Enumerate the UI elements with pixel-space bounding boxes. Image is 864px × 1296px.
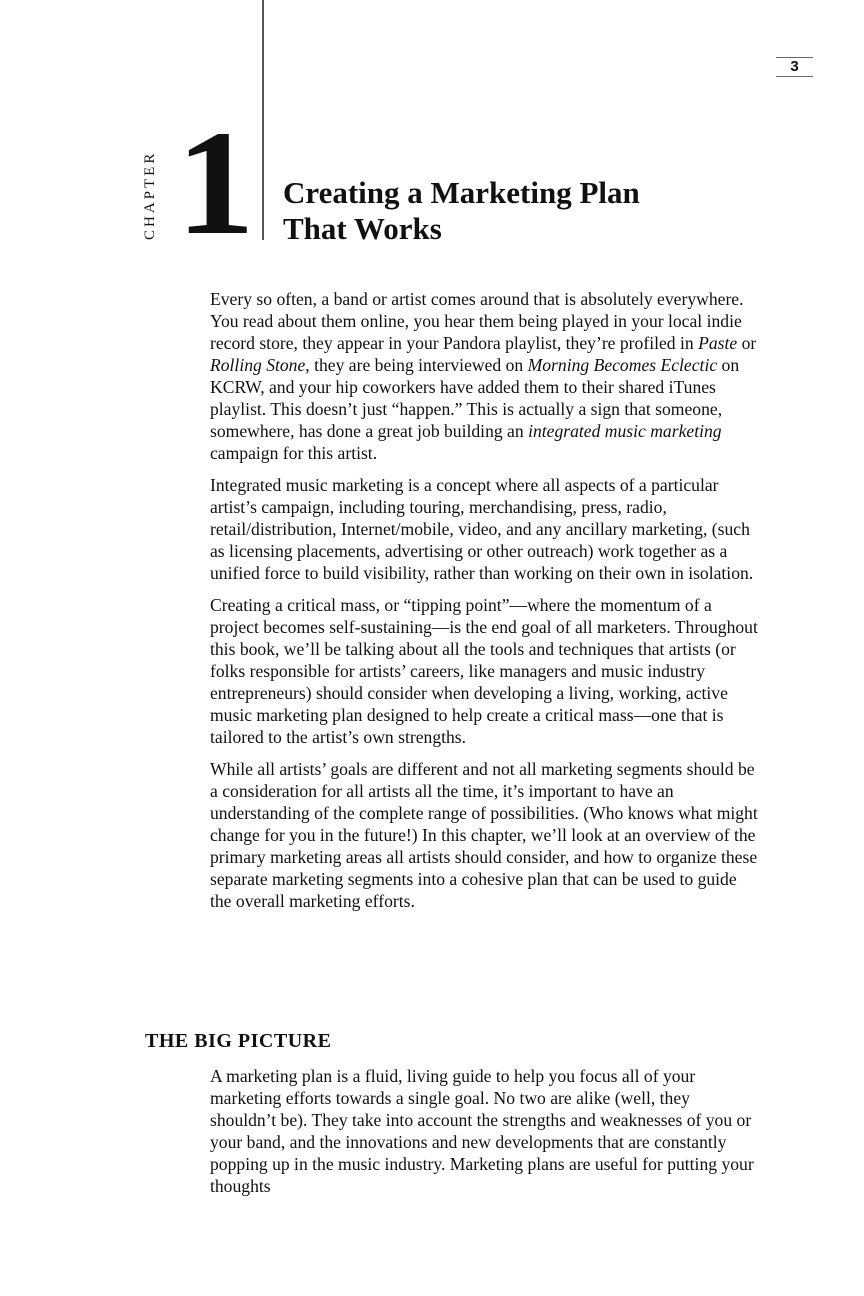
chapter-title: Creating a Marketing Plan That Works — [283, 175, 640, 247]
text: , they are being interviewed on — [305, 355, 527, 375]
section-heading: THE BIG PICTURE — [145, 1030, 331, 1053]
title-line-1: Creating a Marketing Plan — [283, 175, 640, 210]
title-line-2: That Works — [283, 211, 442, 246]
page-number: 3 — [776, 57, 813, 77]
text: Every so often, a band or artist comes a… — [210, 289, 744, 353]
text: or — [737, 333, 756, 353]
italic-text: Paste — [698, 333, 737, 353]
italic-text: Morning Becomes Eclectic — [528, 355, 718, 375]
italic-text: integrated music marketing — [528, 421, 722, 441]
chapter-divider-line — [262, 0, 264, 240]
paragraph-1: Every so often, a band or artist comes a… — [210, 288, 758, 464]
section-body: A marketing plan is a fluid, living guid… — [210, 1065, 758, 1207]
body-text: Every so often, a band or artist comes a… — [210, 288, 758, 922]
paragraph-4: While all artists’ goals are different a… — [210, 758, 758, 912]
paragraph-3: Creating a critical mass, or “tipping po… — [210, 594, 758, 748]
section-paragraph: A marketing plan is a fluid, living guid… — [210, 1065, 758, 1197]
paragraph-2: Integrated music marketing is a concept … — [210, 474, 758, 584]
chapter-number: 1 — [176, 118, 255, 248]
chapter-label: CHAPTER — [142, 151, 159, 240]
italic-text: Rolling Stone — [210, 355, 305, 375]
text: campaign for this artist. — [210, 443, 377, 463]
